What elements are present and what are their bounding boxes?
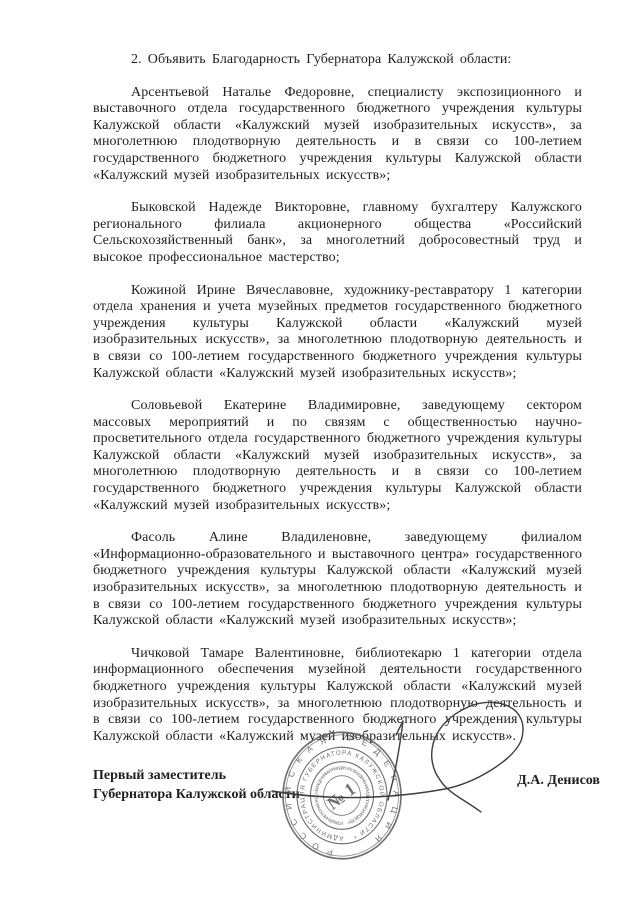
signatory-title: Первый заместитель Губернатора Калужской… (93, 766, 300, 804)
stamp-number: № 1 (324, 778, 359, 814)
award-paragraph-fasol: Фасоль Алине Владиленовне, заведующему ф… (93, 530, 582, 630)
award-paragraph-bykovskaya: Быковской Надежде Викторовне, главному б… (93, 200, 582, 266)
award-paragraph-solovyeva: Соловьевой Екатерине Владимировне, завед… (93, 398, 582, 514)
document-body: 2. Объявить Благодарность Губернатора Ка… (93, 52, 582, 761)
intro-paragraph: 2. Объявить Благодарность Губернатора Ка… (93, 52, 582, 69)
stamp-ring-inner-text: УПРАВЛЕНИЕ ПО РАБОТЕ С ОБРАЩЕНИЯМИ ГРАЖД… (310, 761, 374, 830)
signatory-title-line1: Первый заместитель (93, 766, 300, 785)
stamp-inner-circle (306, 757, 377, 833)
document-page: 2. Объявить Благодарность Губернатора Ка… (0, 0, 640, 905)
award-paragraph-kozhina: Кожиной Ирине Вячеславовне, художнику-ре… (93, 283, 582, 383)
award-paragraph-chichkova: Чичковой Тамаре Валентиновне, библиотека… (93, 646, 582, 746)
stamp-core-circle (321, 773, 363, 818)
signatory-name: Д.А. Денисов (508, 773, 600, 789)
signatory-title-line2: Губернатора Калужской области (93, 785, 300, 804)
award-paragraph-arsenteva: Арсентьевой Наталье Федоровне, специалис… (93, 85, 582, 185)
